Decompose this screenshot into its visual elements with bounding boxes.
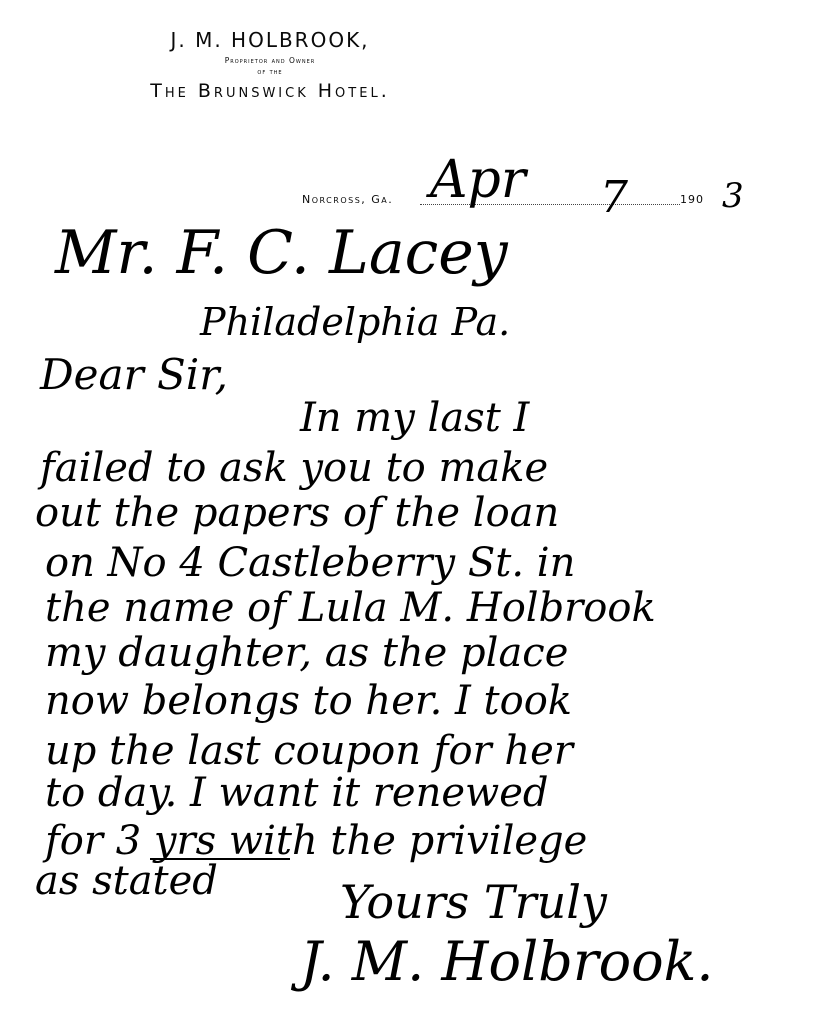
closing: Yours Truly [340, 875, 607, 929]
salutation: Dear Sir, [40, 350, 228, 399]
signature: J. M. Holbrook. [300, 930, 714, 993]
body-line: the name of Lula M. Holbrook [45, 585, 656, 631]
date-month: Apr [430, 150, 526, 210]
letterhead-subtitle-of-the: of the [80, 67, 460, 76]
date-year-suffix: 3 [722, 176, 744, 216]
body-line: out the papers of the loan [35, 490, 559, 536]
dateline-place: Norcross, Ga. [302, 193, 393, 206]
body-line: to day. I want it renewed [45, 770, 549, 816]
body-line: my daughter, as the place [45, 630, 568, 676]
body-line: In my last I [300, 395, 529, 441]
date-year-prefix: 190 [680, 193, 704, 206]
letterhead-name: J. M. HOLBROOK, [80, 28, 460, 52]
body-line: now belongs to her. I took [45, 678, 572, 724]
letterhead-hotel-name: The Brunswick Hotel. [80, 80, 460, 102]
body-line: failed to ask you to make [40, 445, 548, 491]
body-line: as stated [35, 858, 218, 904]
body-line: up the last coupon for her [45, 728, 573, 774]
recipient-city: Philadelphia Pa. [200, 300, 510, 344]
body-line: on No 4 Castleberry St. in [45, 540, 575, 586]
letterhead-subtitle: Proprietor and Owner [80, 56, 460, 65]
recipient-name: Mr. F. C. Lacey [55, 218, 508, 288]
date-day: 7 [600, 172, 628, 223]
